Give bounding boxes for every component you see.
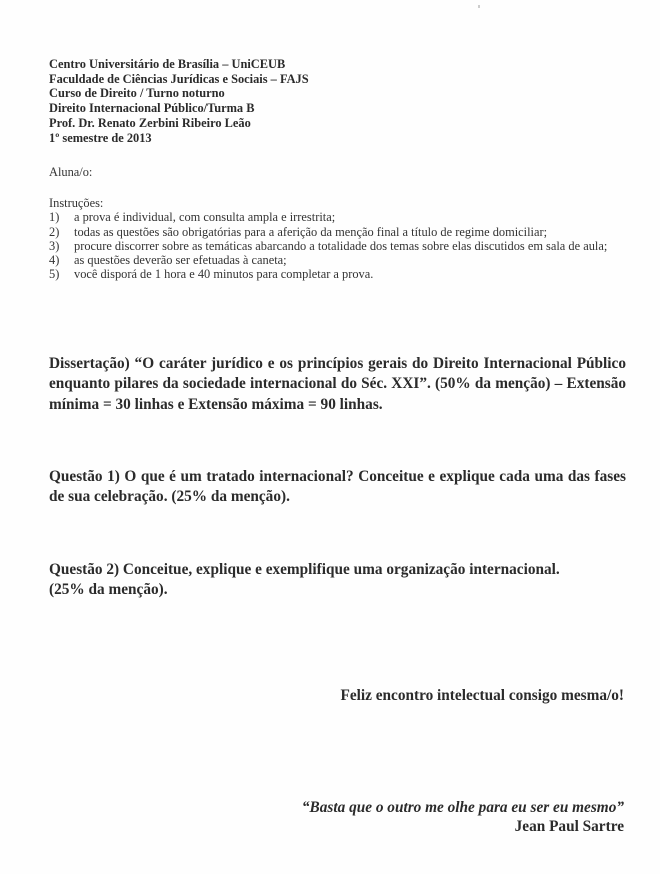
epigraph-author: Jean Paul Sartre <box>515 818 624 836</box>
instruction-number: 3) <box>49 239 59 253</box>
header-line-faculty: Faculdade de Ciências Jurídicas e Sociai… <box>49 72 309 87</box>
epigraph-quote: “Basta que o outro me olhe para eu ser e… <box>302 799 624 817</box>
instruction-number: 1) <box>49 210 59 224</box>
closing-message: Feliz encontro intelectual consigo mesma… <box>340 687 624 705</box>
question-2-weight: (25% da menção). <box>49 580 626 600</box>
instruction-text: as questões deverão ser efetuadas à cane… <box>74 253 287 267</box>
instructions-title: Instruções: <box>49 196 629 210</box>
instruction-text: todas as questões são obrigatórias para … <box>74 225 547 239</box>
instructions-section: Instruções: 1) a prova é individual, com… <box>49 196 629 282</box>
instruction-text: procure discorrer sobre as temáticas aba… <box>74 239 607 253</box>
question-dissertacao: Dissertação) “O caráter jurídico e os pr… <box>49 354 626 415</box>
instruction-item: 4) as questões deverão ser efetuadas à c… <box>49 253 629 267</box>
institution-header: Centro Universitário de Brasília – UniCE… <box>49 57 309 145</box>
question-2: Questão 2) Conceitue, explique e exempli… <box>49 560 626 601</box>
question-2-text: Questão 2) Conceitue, explique e exempli… <box>49 560 626 580</box>
instruction-number: 5) <box>49 267 59 281</box>
instruction-item: 2) todas as questões são obrigatórias pa… <box>49 225 629 239</box>
instruction-text: você disporá de 1 hora e 40 minutos para… <box>74 267 373 281</box>
student-name-label: Aluna/o: <box>49 165 92 180</box>
header-line-subject: Direito Internacional Público/Turma B <box>49 101 309 116</box>
instruction-number: 2) <box>49 225 59 239</box>
instruction-number: 4) <box>49 253 59 267</box>
header-line-course: Curso de Direito / Turno noturno <box>49 86 309 101</box>
scan-artifact <box>478 5 480 8</box>
instruction-item: 3) procure discorrer sobre as temáticas … <box>49 239 629 253</box>
instructions-list: 1) a prova é individual, com consulta am… <box>49 210 629 281</box>
header-line-semester: 1º semestre de 2013 <box>49 131 309 146</box>
header-line-professor: Prof. Dr. Renato Zerbini Ribeiro Leão <box>49 116 309 131</box>
instruction-text: a prova é individual, com consulta ampla… <box>74 210 335 224</box>
instruction-item: 1) a prova é individual, com consulta am… <box>49 210 629 224</box>
header-line-university: Centro Universitário de Brasília – UniCE… <box>49 57 309 72</box>
instruction-item: 5) você disporá de 1 hora e 40 minutos p… <box>49 267 629 281</box>
question-1: Questão 1) O que é um tratado internacio… <box>49 467 626 508</box>
exam-page: Centro Universitário de Brasília – UniCE… <box>0 0 660 874</box>
